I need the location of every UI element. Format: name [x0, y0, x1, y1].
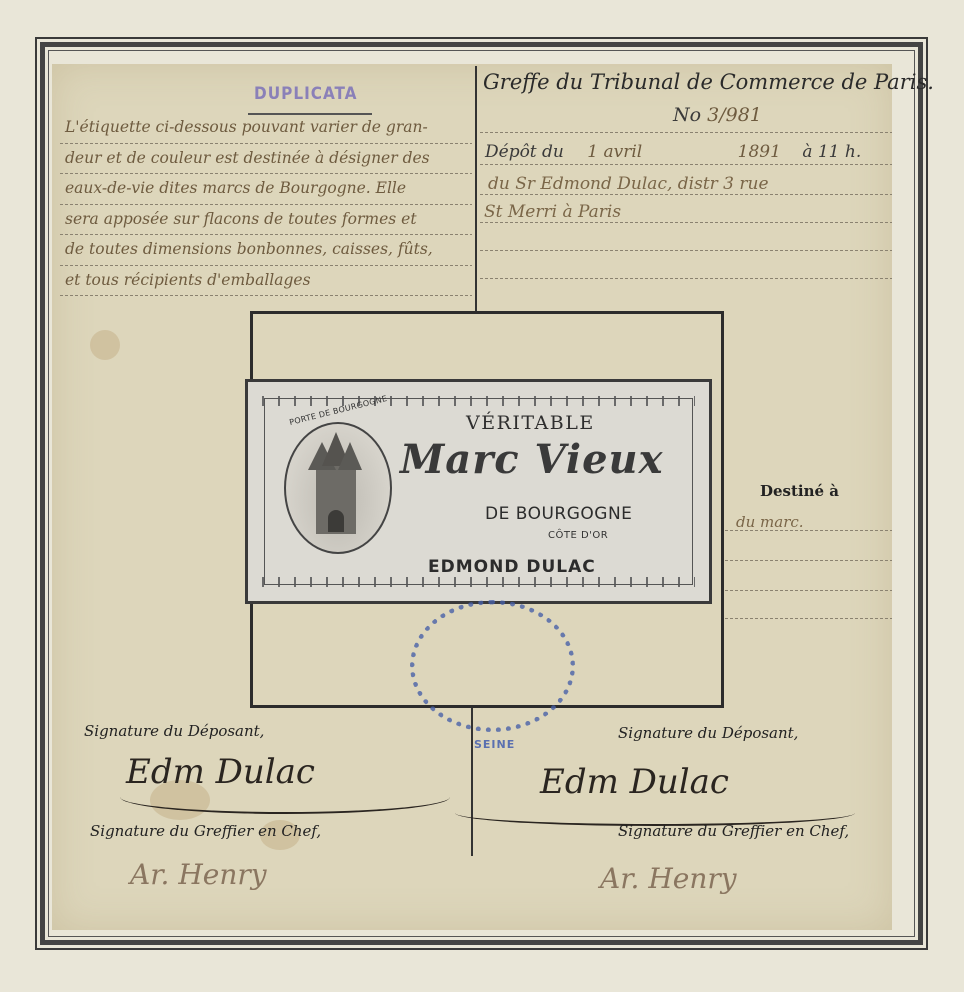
- description-line: de toutes dimensions bonbonnes, caisses,…: [65, 234, 475, 265]
- destination-value: du marc.: [736, 513, 804, 531]
- seal-bottom-text: SEINE: [474, 738, 515, 751]
- clerk-signature: Ar. Henry: [130, 858, 267, 891]
- label-producer: EDMOND DULAC: [428, 557, 596, 577]
- deposit-label: Dépôt du: [485, 142, 564, 162]
- stain: [90, 330, 120, 360]
- ruled-line: [725, 560, 892, 561]
- description-line: deur et de couleur est destinée à désign…: [65, 143, 475, 174]
- ruled-line: [480, 164, 892, 165]
- deposit-time: à 11 h.: [802, 142, 861, 162]
- number-value: 3/981: [707, 104, 762, 126]
- description-line: et tous récipients d'emballages: [65, 265, 475, 296]
- product-label: PORTE DE BOURGOGNE VÉRITABLE Marc Vieux …: [245, 379, 712, 604]
- depositor-signature-label: Signature du Déposant,: [618, 724, 798, 742]
- label-description: L'étiquette ci-dessous pouvant varier de…: [65, 112, 475, 295]
- address-line: St Merri à Paris: [484, 202, 621, 222]
- deposit-date: 1 avril: [587, 142, 642, 162]
- description-line: sera apposée sur flacons de toutes forme…: [65, 204, 475, 235]
- tribunal-seal: [410, 600, 575, 732]
- description-line: eaux-de-vie dites marcs de Bourgogne. El…: [65, 173, 475, 204]
- label-region: DE BOURGOGNE: [485, 504, 632, 524]
- ruled-line: [480, 132, 892, 133]
- column-divider: [475, 66, 477, 311]
- ruled-line: [725, 618, 892, 619]
- ruled-line: [480, 222, 892, 223]
- clerk-signature: Ar. Henry: [600, 862, 737, 895]
- registry-number: No 3/981: [673, 104, 762, 126]
- depositor-signature: Edm Dulac: [540, 762, 729, 802]
- label-veritable: VÉRITABLE: [466, 412, 595, 434]
- depositor-signature-label: Signature du Déposant,: [84, 722, 264, 740]
- ruled-line: [60, 295, 472, 296]
- description-line: L'étiquette ci-dessous pouvant varier de…: [65, 112, 475, 143]
- clerk-signature-label: Signature du Greffier en Chef,: [618, 822, 849, 840]
- duplicata-stamp: DUPLICATA: [254, 84, 357, 104]
- label-subregion: CÔTE D'OR: [548, 530, 608, 541]
- registry-title: Greffe du Tribunal de Commerce de Paris.: [483, 70, 934, 94]
- deposit-year: 1891: [738, 142, 781, 162]
- number-label: No: [673, 104, 701, 126]
- label-product-name: Marc Vieux: [400, 436, 663, 483]
- ruled-line: [480, 278, 892, 279]
- ruled-line: [480, 250, 892, 251]
- ruled-line: [480, 194, 892, 195]
- ruled-line: [725, 590, 892, 591]
- destination-label: Destiné à: [760, 482, 839, 500]
- deposit-line: Dépôt du 1 avril 1891 à 11 h.: [485, 142, 861, 162]
- clerk-signature-label: Signature du Greffier en Chef,: [90, 822, 321, 840]
- castle-illustration: [284, 422, 392, 554]
- depositor-line: du Sr Edmond Dulac, distr 3 rue: [488, 174, 769, 194]
- signature-flourish: [120, 780, 450, 814]
